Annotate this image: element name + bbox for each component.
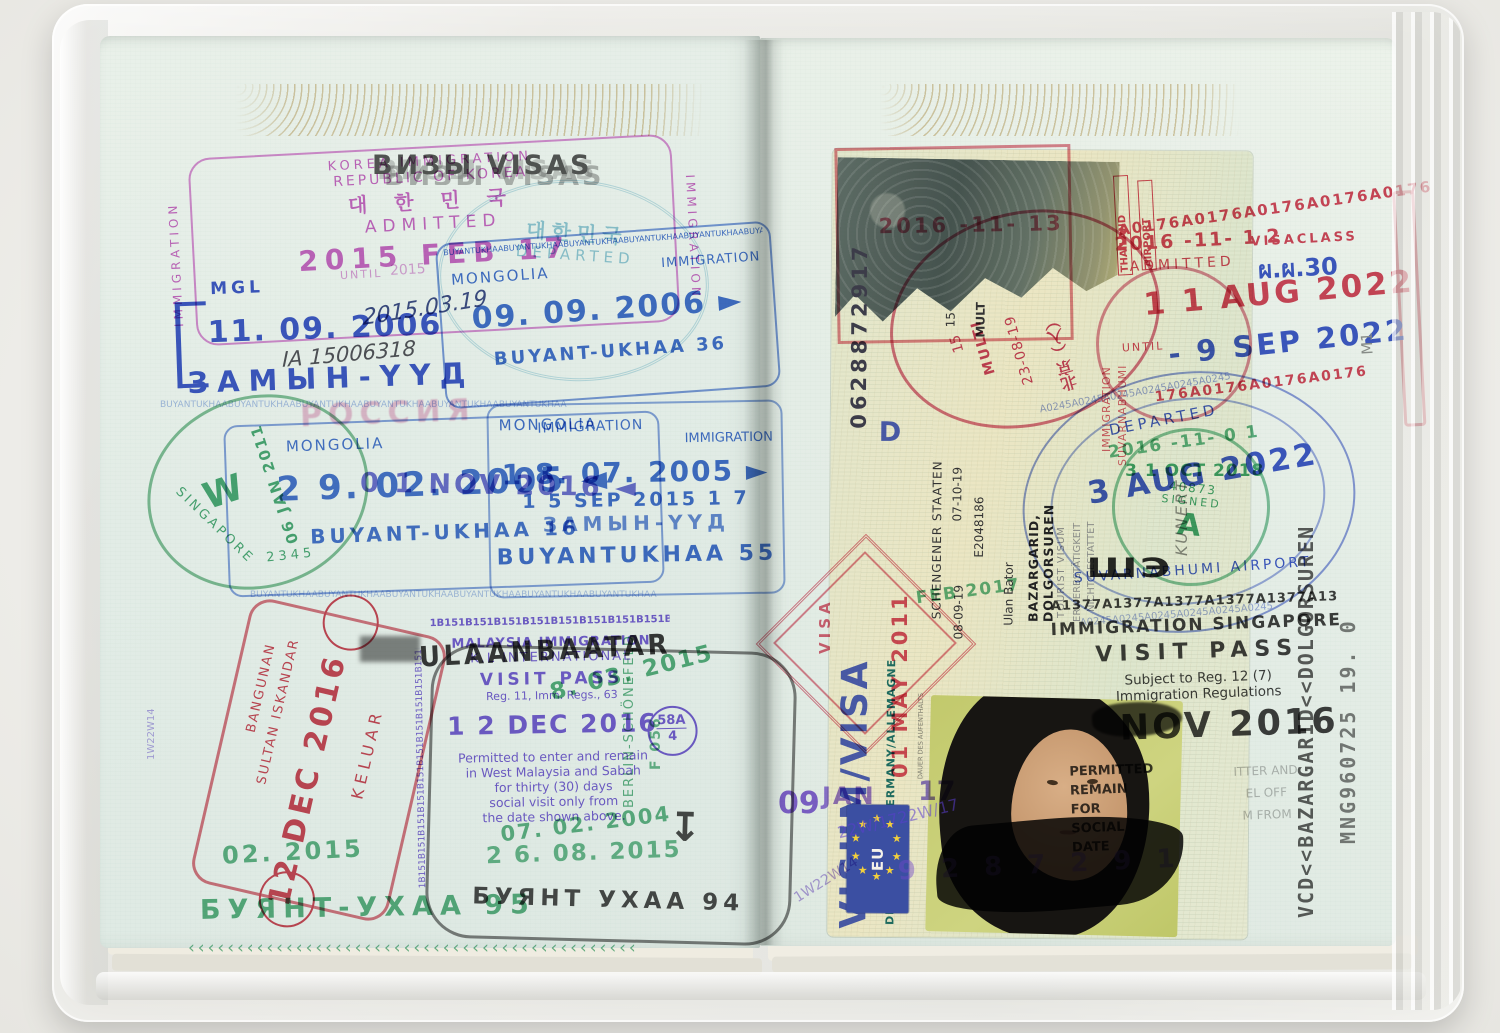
- purple-year: 17: [918, 776, 956, 807]
- mongolia-departure-stamp-2005: MONGOLIA IMMIGRATION 1 8. 07. 2005 ► 1 5…: [486, 399, 785, 598]
- page-edge-stack: [772, 953, 1412, 972]
- eu-label: EU: [869, 847, 887, 872]
- purple-day: 09: [778, 786, 820, 821]
- kl-diamond-date: 01 MAY 2011: [888, 588, 912, 778]
- singapore-faint-col: ITTER ANDEL OFFM FROM: [1233, 759, 1299, 827]
- purple-month: JAN: [822, 782, 876, 810]
- thai-m1-code: M1: [1356, 304, 1377, 355]
- microtext-band: 1W22W14: [146, 580, 157, 760]
- plastic-right-flap: [1392, 12, 1462, 1010]
- berlin-code: F 056: [648, 690, 664, 770]
- plastic-bottom-edge: [96, 972, 1426, 1000]
- gold-perforation-band: [880, 84, 1240, 136]
- visa-country-code: D: [879, 417, 902, 448]
- handwritten-name: KUNERT: [1172, 436, 1191, 556]
- ink-smudge: [360, 636, 420, 662]
- until-text: UNTIL: [340, 267, 383, 282]
- visa-until-date: 07-10-19: [950, 411, 965, 521]
- thai-thailand-box: THAILAND: [1113, 175, 1133, 276]
- thai-airport-box: AIRPORT: [1137, 180, 1157, 271]
- mongolian-glyph-overprint: ШЭ: [1086, 553, 1172, 584]
- singapore-mrz-line2: MNG960725 19. 0: [1336, 424, 1360, 844]
- gold-perforation-band: [235, 84, 705, 136]
- green-chevron-row: ‹‹‹‹‹‹‹‹‹‹‹‹‹‹‹‹‹‹‹‹‹‹‹‹‹‹‹‹‹‹‹‹‹‹‹‹‹‹‹‹…: [188, 938, 788, 958]
- berlin-schoenefeld-stamp: BERLIN-SCHÖNEFELD: [622, 598, 637, 808]
- passport-photo-scene: ВИЗЫ VISAS KOREA IMMIGRATION REPUBLIC OF…: [0, 0, 1500, 1033]
- russia-ghost-text: РОССИЯ: [299, 393, 476, 434]
- kl-diamond-visa-text: VISA: [816, 574, 834, 654]
- buyant-ukhaa-95-stamp: БУЯНТ-УХАА 95: [200, 889, 536, 926]
- visa-passport-number: E2048186: [972, 438, 987, 558]
- singapore-mrz-line1: VCD<<BAZARGARID<<DOLGORSUREN: [1294, 382, 1318, 918]
- until-year: 2015: [390, 261, 426, 279]
- singapore-permitted-col: PERMITTEDREMAINFORSOCIALDATE: [1069, 760, 1156, 858]
- eu-star-icon: ★: [872, 871, 882, 882]
- mongolia-departure-stamp-2006: BUYANTUKHAABUYANTUKHAABUYANTUKHAABUYANTU…: [435, 220, 782, 409]
- eu-star-icon: ★: [892, 833, 902, 844]
